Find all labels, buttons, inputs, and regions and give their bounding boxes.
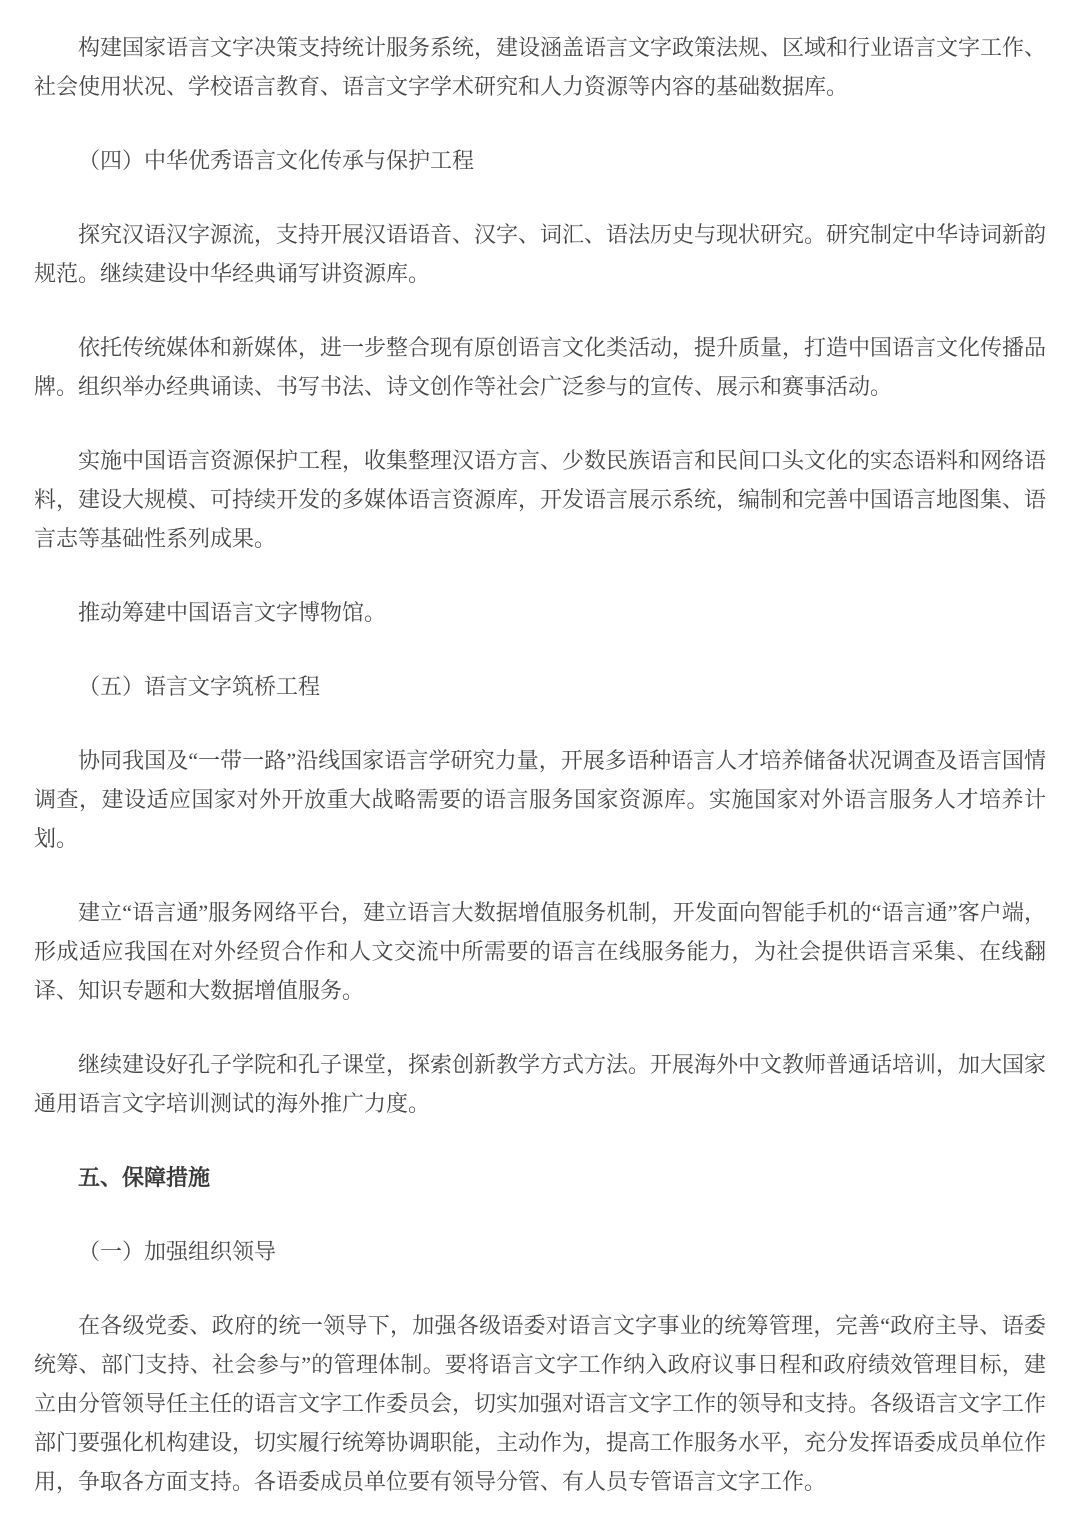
section-subheading-4-culture-heritage: （四）中华优秀语言文化传承与保护工程	[34, 141, 1046, 180]
paragraph-belt-and-road-survey: 协同我国及“一带一路”沿线国家语言学研究力量，开展多语种语言人才培养储备状况调查…	[34, 741, 1046, 858]
paragraph-language-resource-protection: 实施中国语言资源保护工程，收集整理汉语方言、少数民族语言和民间口头文化的实态语料…	[34, 441, 1046, 558]
section-subheading-5-bridge-project: （五）语言文字筑桥工程	[34, 667, 1046, 706]
paragraph-language-museum: 推动筹建中国语言文字博物馆。	[34, 593, 1046, 632]
paragraph-database-construction: 构建国家语言文字决策支持统计服务系统，建设涵盖语言文字政策法规、区域和行业语言文…	[34, 28, 1046, 106]
paragraph-media-activities: 依托传统媒体和新媒体，进一步整合现有原创语言文化类活动，提升质量，打造中国语言文…	[34, 328, 1046, 406]
document-page: 构建国家语言文字决策支持统计服务系统，建设涵盖语言文字政策法规、区域和行业语言文…	[0, 0, 1080, 1528]
paragraph-chinese-origins-research: 探究汉语汉字源流，支持开展汉语语音、汉字、词汇、语法历史与现状研究。研究制定中华…	[34, 215, 1046, 293]
paragraph-yuyantong-platform: 建立“语言通”服务网络平台，建立语言大数据增值服务机制，开发面向智能手机的“语言…	[34, 893, 1046, 1010]
paragraph-confucius-institutes: 继续建设好孔子学院和孔子课堂，探索创新教学方式方法。开展海外中文教师普通话培训，…	[34, 1045, 1046, 1123]
document-content: 构建国家语言文字决策支持统计服务系统，建设涵盖语言文字政策法规、区域和行业语言文…	[0, 0, 1080, 1528]
section-subheading-1-strengthen-leadership: （一）加强组织领导	[34, 1232, 1046, 1271]
paragraph-leadership-management: 在各级党委、政府的统一领导下，加强各级语委对语言文字事业的统筹管理，完善“政府主…	[34, 1306, 1046, 1501]
chapter-heading-5-safeguard-measures: 五、保障措施	[34, 1158, 1046, 1197]
